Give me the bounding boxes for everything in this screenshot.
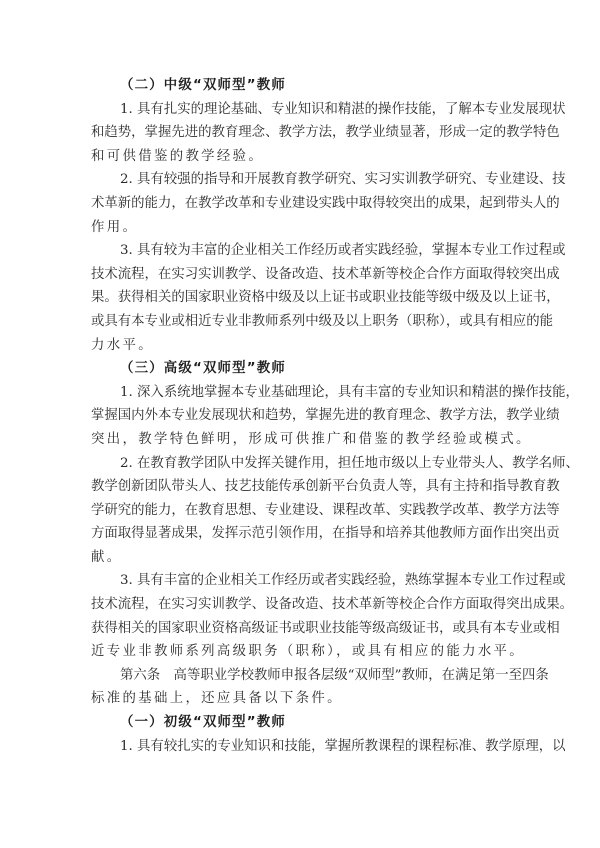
paragraph-line: 作用。 — [91, 216, 511, 240]
paragraph-line: 近专业非教师系列高级职务（职称），或具有相应的能力水平。 — [91, 640, 511, 664]
paragraph-line: 或具有本专业或相近专业非教师系列中级及以上职务（职称），或具有相应的能 — [91, 310, 511, 334]
paragraph-line: 和可供借鉴的教学经验。 — [91, 145, 511, 169]
paragraph-line: 2. 在教育教学团队中发挥关键作用，担任地市级以上专业带头人、教学名师、 — [91, 452, 511, 476]
paragraph-line: 获得相关的国家职业资格高级证书或职业技能等级高级证书，或具有本专业或相 — [91, 617, 511, 641]
section-heading-junior: （一）初级“双师型”教师 — [91, 711, 511, 735]
paragraph-line: 和趋势，掌握先进的教育理念、教学方法，教学业绩显著，形成一定的教学特色 — [91, 121, 511, 145]
paragraph-line: 2. 具有较强的指导和开展教育教学研究、实习实训教学研究、专业建设、技 — [91, 168, 511, 192]
paragraph-line: 3. 具有丰富的企业相关工作经历或者实践经验，熟练掌握本专业工作过程或 — [91, 569, 511, 593]
paragraph-line: 掌握国内外本专业发展现状和趋势，掌握先进的教育理念、教学方法，教学业绩 — [91, 404, 511, 428]
paragraph-line: 学研究的能力，在教育思想、专业建设、课程改革、实践教学改革、教学方法等 — [91, 499, 511, 523]
paragraph-line: 1. 深入系统地掌握本专业基础理论，具有丰富的专业知识和精湛的操作技能， — [91, 381, 511, 405]
section-heading-senior: （三）高级“双师型”教师 — [91, 357, 511, 381]
article-line: 标准的基础上，还应具备以下条件。 — [91, 687, 511, 711]
paragraph-line: 1. 具有较扎实的专业知识和技能，掌握所教课程的课程标准、教学原理，以 — [91, 735, 511, 759]
paragraph-line: 技术流程，在实习实训教学、设备改造、技术革新等校企合作方面取得突出成果。 — [91, 593, 511, 617]
paragraph-line: 技术流程，在实习实训教学、设备改造、技术革新等校企合作方面取得较突出成 — [91, 263, 511, 287]
article-line: 第六条 高等职业学校教师申报各层级“双师型”教师，在满足第一至四条 — [91, 664, 511, 688]
paragraph-line: 方面取得显著成果，发挥示范引领作用，在指导和培养其他教师方面作出突出贡 — [91, 522, 511, 546]
paragraph-line: 果。获得相关的国家职业资格中级及以上证书或职业技能等级中级及以上证书， — [91, 286, 511, 310]
paragraph-line: 3. 具有较为丰富的企业相关工作经历或者实践经验，掌握本专业工作过程或 — [91, 239, 511, 263]
paragraph-line: 1. 具有扎实的理论基础、专业知识和精湛的操作技能，了解本专业发展现状 — [91, 98, 511, 122]
paragraph-line: 教学创新团队带头人、技艺技能传承创新平台负责人等，具有主持和指导教育教 — [91, 475, 511, 499]
paragraph-line: 突出，教学特色鲜明，形成可供推广和借鉴的教学经验或模式。 — [91, 428, 511, 452]
document-page: （二）中级“双师型”教师 1. 具有扎实的理论基础、专业知识和精湛的操作技能，了… — [91, 74, 511, 758]
paragraph-line: 术革新的能力，在教学改革和专业建设实践中取得较突出的成果，起到带头人的 — [91, 192, 511, 216]
paragraph-line: 力水平。 — [91, 334, 511, 358]
paragraph-line: 献。 — [91, 546, 511, 570]
section-heading-intermediate: （二）中级“双师型”教师 — [91, 74, 511, 98]
